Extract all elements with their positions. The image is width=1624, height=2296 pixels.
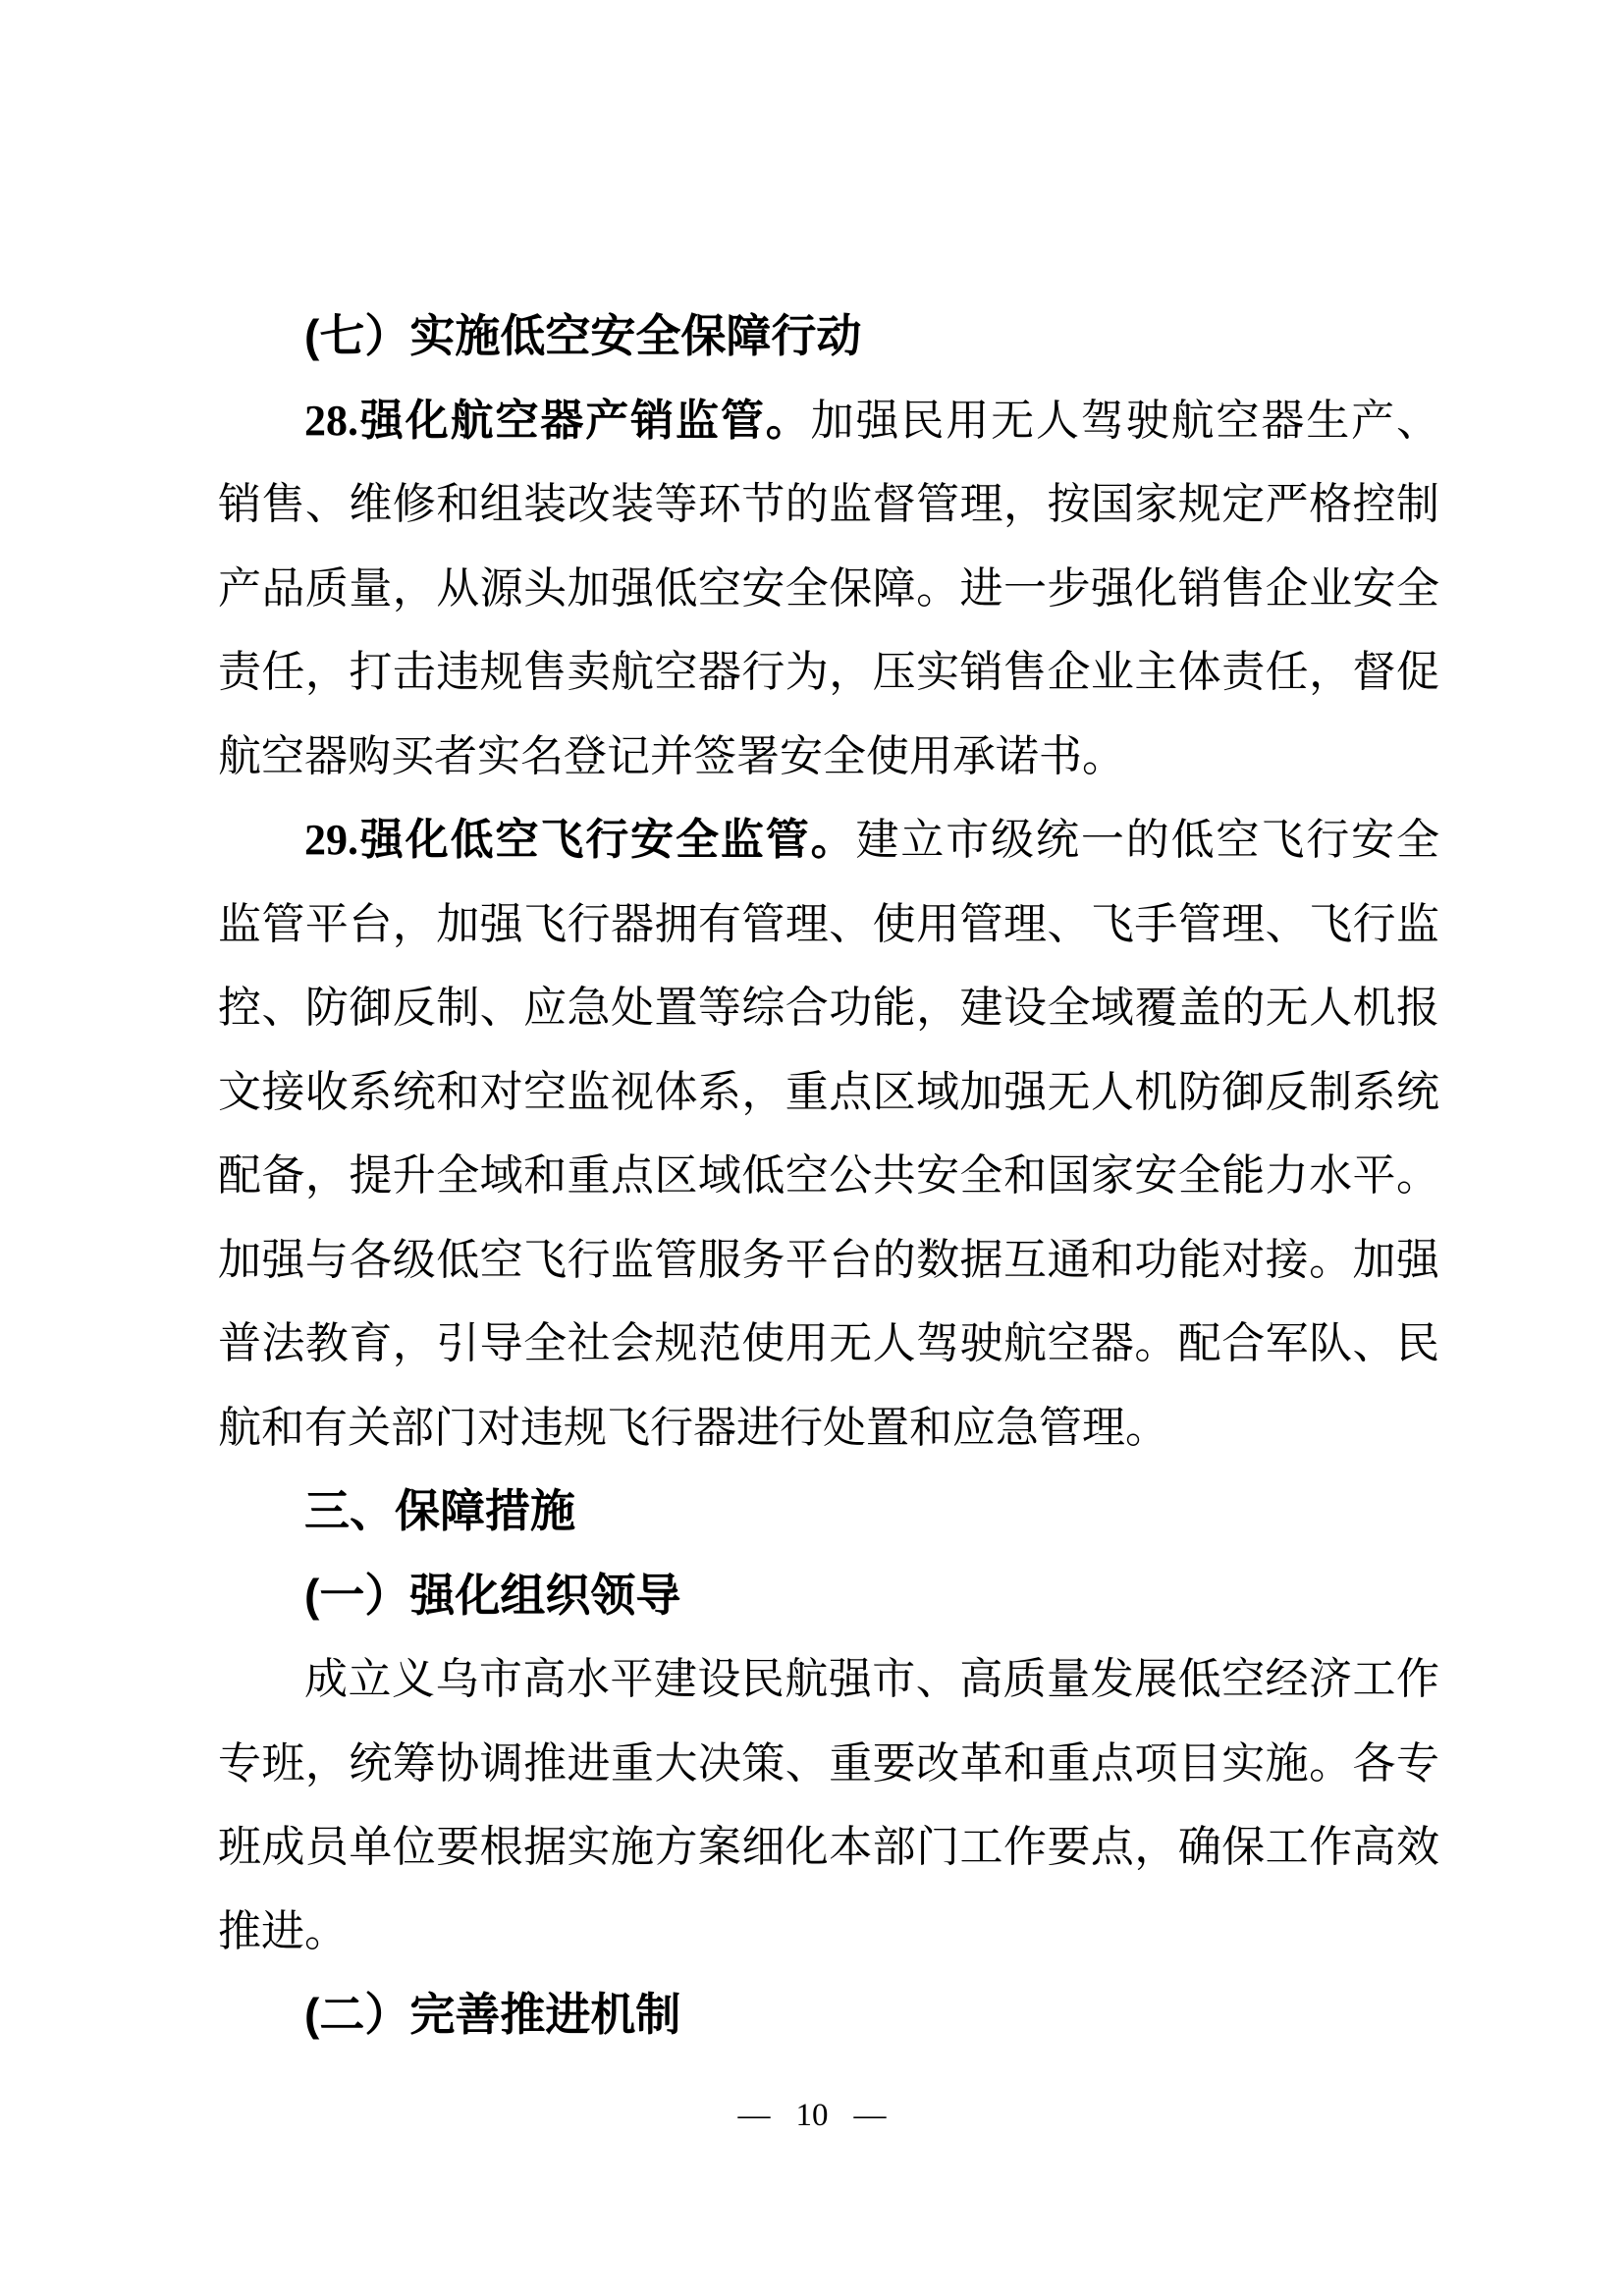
text-run: 加强与各级低空飞行监管服务平台的数据互通和功能对接。加强 (218, 1236, 1439, 1284)
text-run: 29.强化低空飞行安全监管。 (304, 816, 856, 864)
text-run: 专班，统筹协调推进重大决策、重要改革和重点项目实施。各专 (218, 1739, 1439, 1788)
document-heading-line: 三、保障措施 (218, 1469, 1439, 1554)
text-run: (二）完善推进机制 (304, 1989, 680, 2040)
text-run: (七）实施低空安全保障行动 (304, 310, 861, 361)
text-run: (一）强化组织领导 (304, 1570, 680, 1621)
document-body-line: 航空器购买者实名登记并签署安全使用承诺书。 (218, 715, 1439, 799)
document-body-line: 产品质量，从源头加强低空安全保障。进一步强化销售企业安全 (218, 547, 1439, 631)
document-body-line: 班成员单位要根据实施方案细化本部门工作要点，确保工作高效 (218, 1805, 1439, 1890)
document-heading-line: (一）强化组织领导 (218, 1554, 1439, 1638)
document-body-line: 控、防御反制、应急处置等综合功能，建设全域覆盖的无人机报 (218, 966, 1439, 1050)
document-body-line: 责任，打击违规售卖航空器行为，压实销售企业主体责任，督促 (218, 630, 1439, 715)
text-run: 建立市级统一的低空飞行安全 (856, 816, 1440, 864)
text-run: 文接收系统和对空监视体系，重点区域加强无人机防御反制系统 (218, 1068, 1439, 1116)
text-run: 配备，提升全域和重点区域低空公共安全和国家安全能力水平。 (218, 1151, 1439, 1200)
document-body-line: 配备，提升全域和重点区域低空公共安全和国家安全能力水平。 (218, 1134, 1439, 1218)
page-footer: —10— (0, 2086, 1624, 2145)
text-run: 28.强化航空器产销监管。 (304, 397, 811, 445)
text-run: 三、保障措施 (304, 1485, 575, 1536)
text-run: 产品质量，从源头加强低空安全保障。进一步强化销售企业安全 (218, 564, 1439, 613)
footer-dash-left: — (738, 2098, 771, 2133)
text-run: 推进。 (218, 1907, 348, 1955)
document-body-line: 文接收系统和对空监视体系，重点区域加强无人机防御反制系统 (218, 1050, 1439, 1135)
document-body-line: 成立义乌市高水平建设民航强市、高质量发展低空经济工作 (218, 1637, 1439, 1722)
document-body-line: 29.强化低空飞行安全监管。建立市级统一的低空飞行安全 (218, 798, 1439, 882)
text-run: 销售、维修和组装改装等环节的监督管理，按国家规定严格控制 (218, 480, 1439, 528)
document-heading-line: (二）完善推进机制 (218, 1973, 1439, 2057)
footer-dash-right: — (854, 2098, 887, 2133)
text-run: 成立义乌市高水平建设民航强市、高质量发展低空经济工作 (304, 1655, 1439, 1703)
document-page: (七）实施低空安全保障行动28.强化航空器产销监管。加强民用无人驾驶航空器生产、… (0, 0, 1624, 2296)
document-heading-line: (七）实施低空安全保障行动 (218, 294, 1439, 379)
text-run: 加强民用无人驾驶航空器生产、 (811, 397, 1439, 445)
document-body-line: 专班，统筹协调推进重大决策、重要改革和重点项目实施。各专 (218, 1722, 1439, 1806)
document-body-line: 销售、维修和组装改装等环节的监督管理，按国家规定严格控制 (218, 462, 1439, 547)
text-run: 航和有关部门对违规飞行器进行处置和应急管理。 (218, 1404, 1168, 1452)
text-run: 控、防御反制、应急处置等综合功能，建设全域覆盖的无人机报 (218, 984, 1439, 1032)
text-run: 普法教育，引导全社会规范使用无人驾驶航空器。配合军队、民 (218, 1319, 1439, 1367)
document-body-line: 加强与各级低空飞行监管服务平台的数据互通和功能对接。加强 (218, 1218, 1439, 1303)
document-body-line: 监管平台，加强飞行器拥有管理、使用管理、飞手管理、飞行监 (218, 882, 1439, 967)
document-body-line: 普法教育，引导全社会规范使用无人驾驶航空器。配合军队、民 (218, 1302, 1439, 1386)
text-run: 班成员单位要根据实施方案细化本部门工作要点，确保工作高效 (218, 1823, 1439, 1871)
text-run: 责任，打击违规售卖航空器行为，压实销售企业主体责任，督促 (218, 648, 1439, 696)
text-run: 航空器购买者实名登记并签署安全使用承诺书。 (218, 732, 1125, 780)
document-body-line: 航和有关部门对违规飞行器进行处置和应急管理。 (218, 1386, 1439, 1470)
text-run: 监管平台，加强飞行器拥有管理、使用管理、飞手管理、飞行监 (218, 900, 1439, 948)
document-body-line: 推进。 (218, 1890, 1439, 1974)
document-body-line: 28.强化航空器产销监管。加强民用无人驾驶航空器生产、 (218, 379, 1439, 463)
document-body: (七）实施低空安全保障行动28.强化航空器产销监管。加强民用无人驾驶航空器生产、… (218, 294, 1439, 2057)
page-number: 10 (796, 2086, 829, 2145)
